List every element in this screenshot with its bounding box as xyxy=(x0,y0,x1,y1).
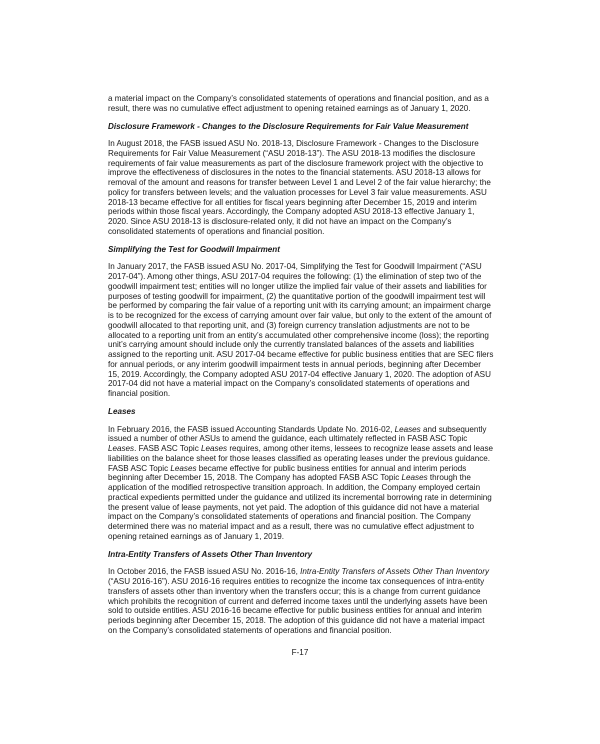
text-line: Requirements for Fair Value Measurement … xyxy=(108,149,508,159)
text-line: FASB ASC Topic Leases became effective f… xyxy=(108,464,508,474)
text-line: purposes of testing goodwill for impairm… xyxy=(108,292,508,302)
text-line: impact on the Company’s consolidated sta… xyxy=(108,512,508,522)
text-line: requirements of fair value measurements … xyxy=(108,159,508,169)
text-line: opening retained earnings as of January … xyxy=(108,532,508,542)
text-line: goodwill allocated to that reporting uni… xyxy=(108,321,508,331)
text-line: determined there was no material impact … xyxy=(108,522,508,532)
text-line: beginning after December 15, 2018. The C… xyxy=(108,473,508,483)
text-line: policy for transfers between levels; and… xyxy=(108,188,508,198)
text-line: periods beginning after December 15, 201… xyxy=(108,616,508,626)
text-line: unit’s carrying amount should include on… xyxy=(108,340,508,350)
text-line: In August 2018, the FASB issued ASU No. … xyxy=(108,139,508,149)
section-heading: Intra-Entity Transfers of Assets Other T… xyxy=(108,550,508,560)
section-heading: Leases xyxy=(108,407,508,417)
text-line: 15, 2019. Accordingly, the Company adopt… xyxy=(108,370,508,380)
section-body: In October 2016, the FASB issued ASU No.… xyxy=(108,567,508,635)
page-number: F-17 xyxy=(0,648,600,657)
text-line: for annual periods, or any interim goodw… xyxy=(108,360,508,370)
section-goodwill-impairment: Simplifying the Test for Goodwill Impair… xyxy=(108,245,508,399)
section-body: In January 2017, the FASB issued ASU No.… xyxy=(108,262,508,399)
text-line: assigned to the reporting unit. ASU 2017… xyxy=(108,350,508,360)
intro-paragraph: a material impact on the Company’s conso… xyxy=(108,94,508,114)
document-page: a material impact on the Company’s conso… xyxy=(108,94,508,644)
text-line: removal of the amount and reasons for tr… xyxy=(108,178,508,188)
text-line: is to be recognized for the excess of ca… xyxy=(108,311,508,321)
section-intra-entity-transfers: Intra-Entity Transfers of Assets Other T… xyxy=(108,550,508,636)
text-line: 2017-04”). Among other things, ASU 2017-… xyxy=(108,272,508,282)
text-line: which prohibits the recognition of curre… xyxy=(108,597,508,607)
text-line: Leases. FASB ASC Topic Leases requires, … xyxy=(108,444,508,454)
text-line: 2020. Since ASU 2018-13 is disclosure-re… xyxy=(108,217,508,227)
text-line: periods within those fiscal years. Accor… xyxy=(108,207,508,217)
text-line: practical expedients permitted under the… xyxy=(108,493,508,503)
section-heading: Disclosure Framework - Changes to the Di… xyxy=(108,122,508,132)
section-heading: Simplifying the Test for Goodwill Impair… xyxy=(108,245,508,255)
text-line: allocated to a reporting unit from an en… xyxy=(108,331,508,341)
text-line: application of the modified retrospectiv… xyxy=(108,483,508,493)
text-line: 2018-13 became effective for all entitie… xyxy=(108,198,508,208)
text-line: a material impact on the Company’s conso… xyxy=(108,94,508,104)
section-leases: Leases In February 2016, the FASB issued… xyxy=(108,407,508,541)
text-line: the present value of lease payments, not… xyxy=(108,503,508,513)
text-line: be performed by comparing the fair value… xyxy=(108,301,508,311)
text-line: financial position. xyxy=(108,389,508,399)
text-line: transfers of assets other than inventory… xyxy=(108,587,508,597)
text-line: issued a number of other ASUs to amend t… xyxy=(108,434,508,444)
section-body: In February 2016, the FASB issued Accoun… xyxy=(108,425,508,542)
text-line: sold to outside entities. ASU 2016-16 be… xyxy=(108,606,508,616)
text-line: on the Company’s consolidated statements… xyxy=(108,626,508,636)
section-disclosure-framework: Disclosure Framework - Changes to the Di… xyxy=(108,122,508,237)
text-line: In January 2017, the FASB issued ASU No.… xyxy=(108,262,508,272)
text-line: (“ASU 2016-16”). ASU 2016-16 requires en… xyxy=(108,577,508,587)
text-line: In October 2016, the FASB issued ASU No.… xyxy=(108,567,508,577)
text-line: In February 2016, the FASB issued Accoun… xyxy=(108,425,508,435)
text-line: result, there was no cumulative effect a… xyxy=(108,104,508,114)
text-line: improve the effectiveness of disclosures… xyxy=(108,168,508,178)
section-body: In August 2018, the FASB issued ASU No. … xyxy=(108,139,508,237)
text-line: consolidated statements of operations an… xyxy=(108,227,508,237)
text-line: goodwill impairment test; entities will … xyxy=(108,282,508,292)
text-line: liabilities on the balance sheet for tho… xyxy=(108,454,508,464)
text-line: 2017-04 did not have a material impact o… xyxy=(108,379,508,389)
